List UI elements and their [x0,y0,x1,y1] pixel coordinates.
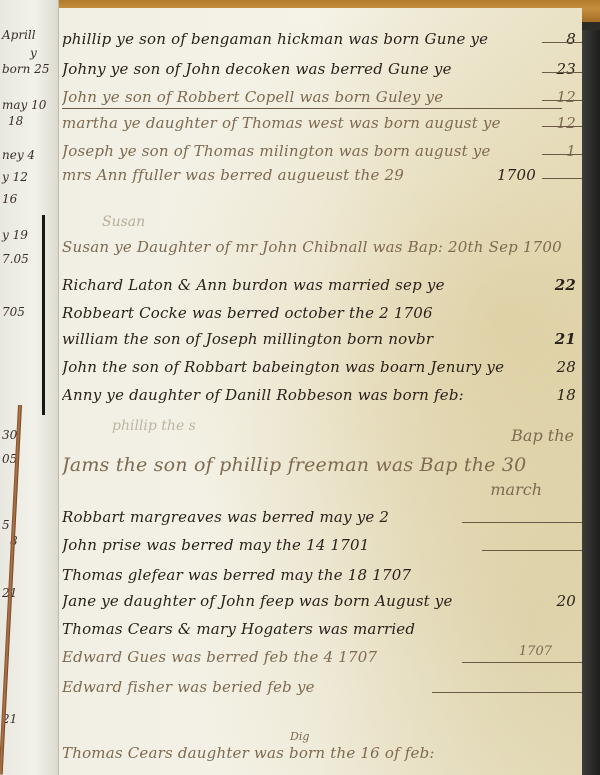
strike-rule [62,108,562,109]
register-entry: Joseph ye son of Thomas milington was bo… [62,142,576,160]
register-entry: william the son of Joseph millington bor… [62,330,576,348]
margin-fragment: born 25 [2,62,49,76]
margin-fragment: 705 [2,305,25,319]
margin-fragment: y [30,46,37,60]
margin-fragment: 18 [8,114,23,128]
marginal-note: Dig [290,730,309,743]
margin-fragment: 30 [2,428,17,442]
register-entry: Susan ye Daughter of mr John Chibnall wa… [62,238,576,256]
gutter-ink-line [42,215,45,415]
entry-date: 20 [551,592,577,610]
marginal-note: march [490,480,542,499]
margin-fragment: Aprill [2,28,36,42]
margin-fragment: y 12 [2,170,28,184]
margin-fragment: ney 4 [2,148,35,162]
line-rule [482,550,582,551]
entry-date: 8 [560,30,576,48]
line-rule [542,126,582,127]
entry-date: 22 [549,276,576,294]
register-entry: Edward Gues was berred feb the 4 1707 [62,648,576,666]
register-entry: phillip ye son of bengaman hickman was b… [62,30,576,48]
entry-date: 18 [551,386,577,404]
entry-date: 23 [551,60,577,78]
margin-fragment: 5 [2,518,10,532]
register-entry: Edward fisher was beried feb ye [62,678,576,696]
line-rule [462,522,582,523]
line-rule [542,154,582,155]
register-entry: Jams the son of phillip freeman was Bap … [62,454,576,476]
faint-overwrite: Susan [102,214,145,230]
entry-date: 28 [551,358,577,376]
register-entry: John ye son of Robbert Copell was born G… [62,88,576,106]
line-rule [542,178,582,179]
register-entry: Thomas glefear was berred may the 18 170… [62,566,576,584]
register-entry: Anny ye daughter of Danill Robbeson was … [62,386,576,404]
line-rule [462,662,582,663]
entry-date: 12 [551,88,577,106]
register-entry: Robbeart Cocke was berred october the 2 … [62,304,576,322]
book-cover-edge [582,30,600,775]
register-entry: Richard Laton & Ann burdon was married s… [62,276,576,294]
register-entry: Thomas Cears daughter was born the 16 of… [62,744,576,762]
register-entry: mrs Ann ffuller was berred augueust the … [62,166,576,184]
margin-fragment: y 19 [2,228,28,242]
entry-date: 21 [549,330,576,348]
line-rule [542,72,582,73]
line-rule [542,100,582,101]
facing-page-margin: Aprill y born 25 may 10 18 ney 4 y 12 16… [0,0,59,775]
register-entry: John the son of Robbart babeington was b… [62,358,576,376]
margin-fragment: may 10 [2,98,46,112]
marginal-note: Bap the [511,426,574,445]
register-entry: Thomas Cears & mary Hogaters was married [62,620,576,638]
line-rule [542,42,582,43]
register-entry: John prise was berred may the 14 1701 [62,536,576,554]
register-entry: Robbart margreaves was berred may ye 2 [62,508,576,526]
register-entry: Jane ye daughter of John feep was born A… [62,592,576,610]
register-page: phillip ye son of bengaman hickman was b… [52,8,582,775]
margin-fragment: 16 [2,192,17,206]
entry-date: 1700 [491,166,536,184]
faint-overwrite: phillip the s [112,418,196,434]
entry-date: 1 [560,142,576,160]
margin-fragment: 7.05 [2,252,29,266]
register-entry: martha ye daughter of Thomas west was bo… [62,114,576,132]
register-entry: Johny ye son of John decoken was berred … [62,60,576,78]
line-rule [432,692,582,693]
entry-date: 12 [551,114,577,132]
